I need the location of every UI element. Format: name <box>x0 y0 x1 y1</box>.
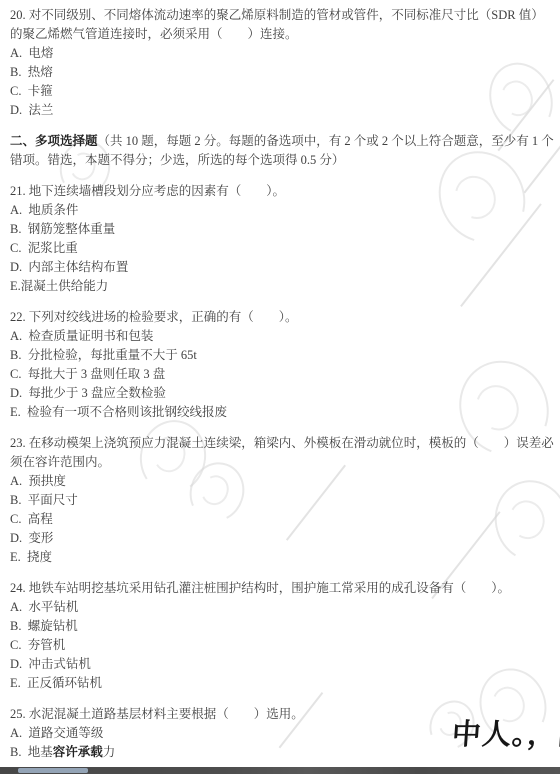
question-20-option-b: B. 热熔 <box>10 63 555 82</box>
question-23-option-a: A. 预拱度 <box>10 472 555 491</box>
question-24-option-d: D. 冲击式钻机 <box>10 655 555 674</box>
question-23-stem: 23. 在移动模架上浇筑预应力混凝土连续梁，箱梁内、外模板在滑动就位时，模板的（… <box>10 434 555 472</box>
question-21-option-e: E.混凝土供给能力 <box>10 277 555 296</box>
question-24-option-a: A. 水平钻机 <box>10 598 555 617</box>
question-22-option-a: A. 检查质量证明书和包装 <box>10 327 555 346</box>
section-2-title: 二、多项选择题 <box>10 134 98 148</box>
question-25-option-b-post: 力 <box>103 745 116 759</box>
section-2-heading-text: 二、多项选择题（共 10 题，每题 2 分。每题的备选项中，有 2 个或 2 个… <box>10 132 555 170</box>
question-23: 23. 在移动模架上浇筑预应力混凝土连续梁，箱梁内、外模板在滑动就位时，模板的（… <box>10 434 555 567</box>
question-24-stem: 24. 地铁车站明挖基坑采用钻孔灌注桩围护结构时，围护施工常采用的成孔设备有（ … <box>10 579 555 598</box>
question-23-option-e: E. 挠度 <box>10 548 555 567</box>
question-20-option-d: D. 法兰 <box>10 101 555 120</box>
section-2-heading: 二、多项选择题（共 10 题，每题 2 分。每题的备选项中，有 2 个或 2 个… <box>10 132 555 170</box>
question-25-option-b-bold: 容许承载 <box>53 745 103 759</box>
question-22: 22. 下列对绞线进场的检验要求，正确的有（ ）。 A. 检查质量证明书和包装 … <box>10 308 555 422</box>
exam-page: { "q20": { "stem": "20. 对不同级别、不同熔体流动速率的聚… <box>0 0 560 774</box>
question-22-stem: 22. 下列对绞线进场的检验要求，正确的有（ ）。 <box>10 308 555 327</box>
question-23-option-c: C. 高程 <box>10 510 555 529</box>
question-20-option-c: C. 卡箍 <box>10 82 555 101</box>
question-20: 20. 对不同级别、不同熔体流动速率的聚乙烯原料制造的管材或管件，不同标准尺寸比… <box>10 6 555 120</box>
question-20-stem: 20. 对不同级别、不同熔体流动速率的聚乙烯原料制造的管材或管件，不同标准尺寸比… <box>10 6 555 44</box>
question-22-option-d: D. 每批少于 3 盘应全数检验 <box>10 384 555 403</box>
question-21-option-a: A. 地质条件 <box>10 201 555 220</box>
question-25-option-b-pre: B. 地基 <box>10 745 53 759</box>
question-24: 24. 地铁车站明挖基坑采用钻孔灌注桩围护结构时，围护施工常采用的成孔设备有（ … <box>10 579 555 693</box>
exam-content: 20. 对不同级别、不同熔体流动速率的聚乙烯原料制造的管材或管件，不同标准尺寸比… <box>10 6 555 762</box>
question-21-option-d: D. 内部主体结构布置 <box>10 258 555 277</box>
question-21-option-b: B. 钢筋笼整体重量 <box>10 220 555 239</box>
question-21-stem: 21. 地下连续墙槽段划分应考虑的因素有（ ）。 <box>10 182 555 201</box>
logo-watermark: 中人。，图 <box>451 712 560 753</box>
question-21: 21. 地下连续墙槽段划分应考虑的因素有（ ）。 A. 地质条件 B. 钢筋笼整… <box>10 182 555 296</box>
question-21-option-c: C. 泥浆比重 <box>10 239 555 258</box>
question-22-option-b: B. 分批检验，每批重量不大于 65t <box>10 346 555 365</box>
question-23-option-d: D. 变形 <box>10 529 555 548</box>
question-22-option-c: C. 每批大于 3 盘则任取 3 盘 <box>10 365 555 384</box>
question-24-option-c: C. 夯管机 <box>10 636 555 655</box>
question-23-option-b: B. 平面尺寸 <box>10 491 555 510</box>
question-24-option-e: E. 正反循环钻机 <box>10 674 555 693</box>
horizontal-scrollbar[interactable] <box>0 767 560 774</box>
question-20-option-a: A. 电熔 <box>10 44 555 63</box>
question-22-option-e: E. 检验有一项不合格则该批钢绞线报废 <box>10 403 555 422</box>
scrollbar-thumb[interactable] <box>18 768 88 773</box>
question-24-option-b: B. 螺旋钻机 <box>10 617 555 636</box>
